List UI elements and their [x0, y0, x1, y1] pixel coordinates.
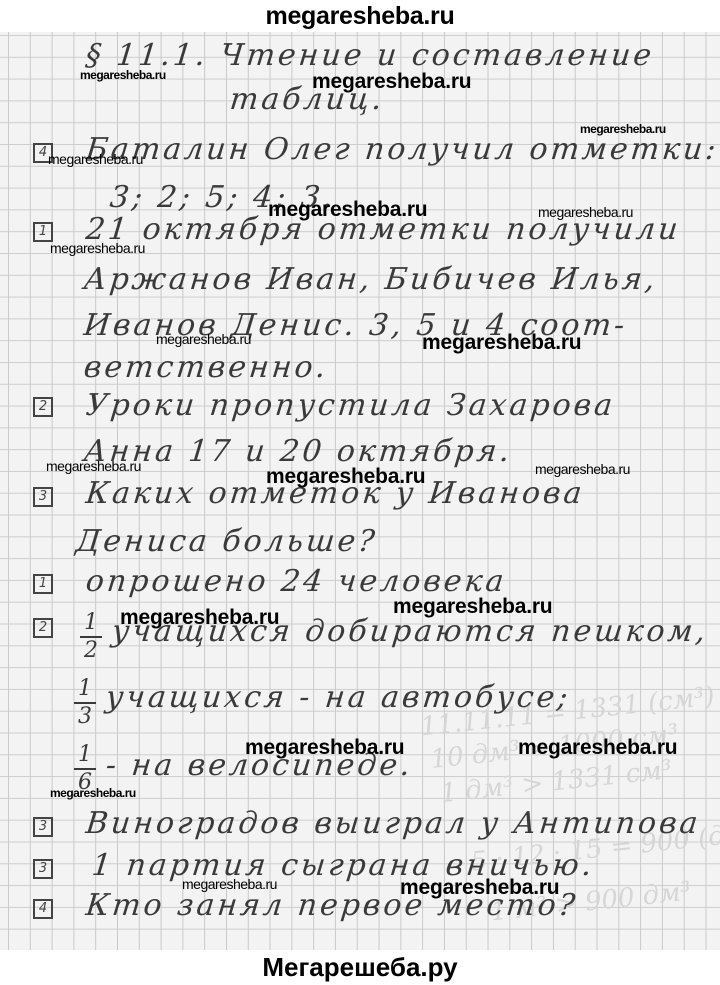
answer-line: опрошено 24 человека	[84, 564, 508, 599]
fraction: 1 3	[74, 678, 96, 728]
watermark: megaresheba.ru	[422, 331, 581, 355]
task-marker: 1	[33, 222, 53, 242]
answer-line: Виноградов выиграл у Антипова	[84, 806, 702, 841]
notebook-sheet: 11.11.11 = 1331 (см³) 10 дм³ = 1000 см³ …	[0, 32, 720, 950]
answer-line: Аржанов Иван, Бибичев Илья,	[82, 262, 659, 297]
fraction-denominator: 2	[84, 640, 98, 662]
answer-line: учащихся - на автобусе;	[104, 680, 572, 715]
watermark: megaresheba.ru	[245, 736, 404, 760]
watermark: megaresheba.ru	[120, 606, 279, 630]
watermark: megaresheba.ru	[538, 204, 633, 220]
task-marker: 3	[33, 487, 53, 507]
watermark: megaresheba.ru	[518, 736, 677, 760]
answer-line: Анна 17 и 20 октября.	[82, 434, 514, 469]
task-marker: 3	[33, 817, 53, 837]
answer-line: ветственно.	[82, 350, 330, 385]
answer-line: Дениса больше?	[74, 524, 379, 559]
watermark: megaresheba.ru	[80, 68, 166, 82]
answer-line: Уроки пропустила Захарова	[84, 388, 617, 423]
fraction-numerator: 1	[78, 744, 92, 766]
fraction-denominator: 3	[78, 706, 92, 728]
watermark: megaresheba.ru	[400, 876, 559, 900]
watermark: megaresheba.ru	[50, 786, 136, 800]
watermark: megaresheba.ru	[266, 465, 425, 489]
answer-line: Баталин Олег получил отметки:	[84, 132, 720, 167]
task-marker: 4	[33, 899, 53, 919]
watermark: megaresheba.ru	[182, 876, 277, 892]
site-header: megaresheba.ru	[0, 0, 720, 32]
watermark: megaresheba.ru	[268, 198, 427, 222]
task-marker: 1	[33, 574, 53, 594]
site-footer: Мегарешеба.ру	[0, 950, 720, 985]
site-logo-text: megaresheba.ru	[266, 2, 455, 30]
watermark: megaresheba.ru	[50, 240, 145, 256]
watermark: megaresheba.ru	[48, 151, 143, 167]
task-marker: 2	[33, 618, 53, 638]
fraction-numerator: 1	[84, 612, 98, 634]
watermark: megaresheba.ru	[156, 331, 251, 347]
fraction: 1 2	[80, 612, 102, 662]
task-marker: 2	[33, 397, 53, 417]
watermark: megaresheba.ru	[580, 122, 666, 136]
watermark: megaresheba.ru	[535, 461, 630, 477]
watermark: megaresheba.ru	[46, 458, 141, 474]
site-footer-text: Мегарешеба.ру	[262, 952, 457, 982]
fraction-numerator: 1	[78, 678, 92, 700]
watermark: megaresheba.ru	[393, 595, 552, 619]
watermark: megaresheba.ru	[312, 70, 471, 94]
task-marker: 3	[33, 859, 53, 879]
section-title: § 11.1. Чтение и составление	[84, 38, 656, 73]
